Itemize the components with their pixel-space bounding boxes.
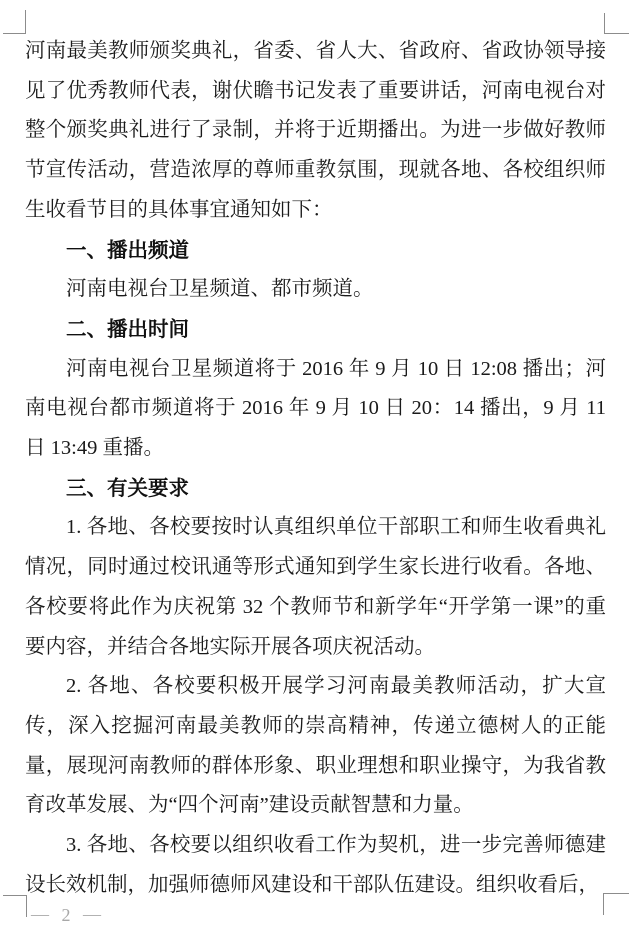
corner-mark-top-left-icon <box>3 10 26 34</box>
paragraph-intro-continued: 河南最美教师颁奖典礼，省委、省人大、省政府、省政协领导接见了优秀教师代表，谢伏瞻… <box>25 32 606 231</box>
paragraph-requirement-2: 2. 各地、各校要积极开展学习河南最美教师活动，扩大宣传，深入挖掘河南最美教师的… <box>25 667 606 826</box>
page-number-dash-right: — <box>83 904 101 925</box>
corner-mark-top-right-icon <box>604 13 629 34</box>
paragraph-broadcast-channel: 河南电视台卫星频道、都市频道。 <box>25 270 606 310</box>
section-heading-broadcast-channel: 一、播出频道 <box>25 231 606 271</box>
page-number: 2 <box>62 905 71 926</box>
page-footer: — 2 — <box>31 905 101 926</box>
paragraph-requirement-3: 3. 各地、各校要以组织收看工作为契机，进一步完善师德建设长效机制，加强师德师风… <box>25 826 606 905</box>
corner-mark-bottom-right-icon <box>603 893 629 915</box>
section-heading-broadcast-time: 二、播出时间 <box>25 310 606 350</box>
paragraph-broadcast-time: 河南电视台卫星频道将于 2016 年 9 月 10 日 12:08 播出；河南电… <box>25 350 606 469</box>
section-heading-requirements: 三、有关要求 <box>25 469 606 509</box>
document-page: 河南最美教师颁奖典礼，省委、省人大、省政府、省政协领导接见了优秀教师代表，谢伏瞻… <box>0 0 631 945</box>
corner-mark-bottom-left-icon <box>3 895 27 917</box>
document-body: 河南最美教师颁奖典礼，省委、省人大、省政府、省政协领导接见了优秀教师代表，谢伏瞻… <box>25 32 606 905</box>
paragraph-requirement-1: 1. 各地、各校要按时认真组织单位干部职工和师生收看典礼情况，同时通过校讯通等形… <box>25 508 606 667</box>
page-number-dash-left: — <box>31 904 49 925</box>
